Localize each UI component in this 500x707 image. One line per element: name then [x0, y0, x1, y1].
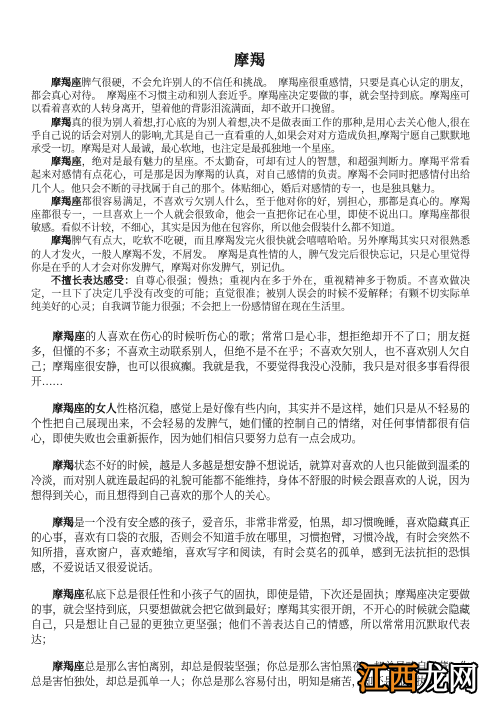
paragraph-text: 脾气有点大，吃软不吃硬，而且摩羯发完火很快就会嘻嘻哈哈。另外摩羯其实只对很熟悉的… [31, 236, 470, 273]
paragraph-text: 是一个没有安全感的孩子，爱音乐，非常非常爱，怕黑，却习惯晚睡，喜欢隐藏真正的心事… [31, 517, 470, 574]
paragraph-lead: 摩羯座 [51, 157, 82, 168]
paragraph: 摩羯状态不好的时候，越是人多越是想安静不想说话，就算对喜欢的人也只能做到温柔的冷… [31, 459, 470, 504]
paragraph-lead: 摩羯座的女人 [52, 403, 116, 415]
paragraph: 摩羯真的很为别人着想,打心底的为别人着想,决不是做表面工作的那种,是用心去关心他… [31, 117, 470, 157]
document-body: 摩羯座脾气很硬，不会允许别人的不信任和挑战。 摩羯座很重感情，只要是真心认定的朋… [0, 77, 500, 690]
paragraph-lead: 不擅长表达感受： [51, 276, 135, 287]
paragraph-text: 的人喜欢在伤心的时候听伤心的歌；常常口是心非，想拒绝却开不了口；朋友挺多，但懂的… [31, 331, 470, 388]
paragraph-lead: 摩羯 [52, 460, 73, 472]
paragraph: 摩羯座私底下总是很任性和小孩子气的固执，即使是错，下次还是固执；摩羯座决定要做的… [31, 588, 470, 648]
paragraph-text: ，绝对是最有魅力的星座。不太勤奋，可却有过人的智慧，和超强判断力。摩羯平常看起来… [31, 157, 470, 194]
paragraph: 不擅长表达感受：自尊心很强；慢热；重视内在多于外在，重视精神多于物质。不喜欢做决… [31, 275, 470, 315]
paragraph-text: 真的很为别人着想,打心底的为别人着想,决不是做表面工作的那种,是用心去关心他人,… [31, 118, 470, 155]
watermark: 江西龙网 [358, 665, 478, 695]
paragraph: 摩羯座脾气很硬，不会允许别人的不信任和挑战。 摩羯座很重感情，只要是真心认定的朋… [31, 77, 470, 117]
paragraph: 摩羯是一个没有安全感的孩子，爱音乐，非常非常爱，怕黑，却习惯晚睡，喜欢隐藏真正的… [31, 516, 470, 576]
paragraph-text: 都很容易满足，不喜欢亏欠别人什么，至于他对你的好，别担心，那都是真心的。摩羯座都… [31, 197, 470, 234]
paragraph-lead: 摩羯座 [51, 197, 82, 208]
watermark-part-1: 江西 [358, 663, 418, 696]
paragraph: 摩羯脾气有点大，吃软不吃硬，而且摩羯发完火很快就会嘻嘻哈哈。另外摩羯其实只对很熟… [31, 235, 470, 275]
paragraph: 摩羯座的人喜欢在伤心的时候听伤心的歌；常常口是心非，想拒绝却开不了口；朋友挺多，… [31, 330, 470, 390]
paragraph-lead: 摩羯座 [52, 589, 84, 601]
paragraph: 摩羯座都很容易满足，不喜欢亏欠别人什么，至于他对你的好，别担心，那都是真心的。摩… [31, 196, 470, 236]
paragraph-lead: 摩羯 [51, 118, 71, 129]
paragraph-lead: 摩羯座 [52, 661, 84, 673]
paragraph-lead: 摩羯座 [51, 78, 81, 89]
paragraph-lead: 摩羯 [52, 517, 73, 529]
paragraph: 摩羯座，绝对是最有魅力的星座。不太勤奋，可却有过人的智慧，和超强判断力。摩羯平常… [31, 156, 470, 196]
watermark-part-2: 龙网 [418, 663, 478, 696]
paragraph: 摩羯座的女人性格沉稳，感觉上是好像有些内向，其实并不是这样，她们只是从不轻易的个… [31, 402, 470, 447]
document-page: 摩羯 摩羯座脾气很硬，不会允许别人的不信任和挑战。 摩羯座很重感情，只要是真心认… [0, 0, 500, 707]
paragraph-text: 状态不好的时候，越是人多越是想安静不想说话，就算对喜欢的人也只能做到温柔的冷淡，… [31, 460, 470, 502]
paragraph-lead: 摩羯座 [52, 331, 85, 343]
paragraph-text: 私底下总是很任性和小孩子气的固执，即使是错，下次还是固执；摩羯座决定要做的事，就… [31, 589, 470, 646]
paragraph-text: 脾气很硬，不会允许别人的不信任和挑战。 摩羯座很重感情，只要是真心认定的朋友，都… [31, 78, 470, 115]
paragraph-lead: 摩羯 [51, 236, 71, 247]
page-title: 摩羯 [0, 0, 500, 77]
